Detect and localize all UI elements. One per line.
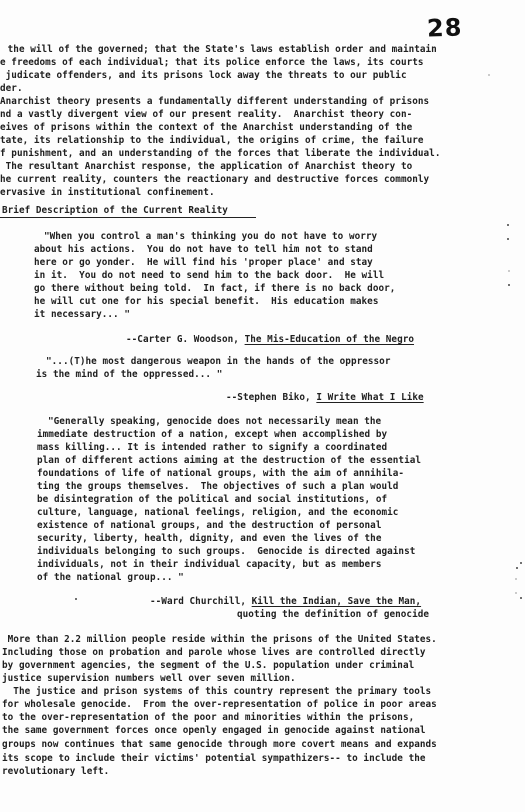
quote-line: foundations of life of national groups, … bbox=[37, 467, 404, 480]
attribution-title: Kill the Indian, Save the Man, bbox=[252, 596, 421, 607]
closing-line: by government agencies, the segment of t… bbox=[2, 659, 414, 672]
quote-attribution: --Carter G. Woodson, The Mis-Education o… bbox=[126, 333, 414, 346]
intro-line: e freedoms of each individual; that its … bbox=[0, 56, 424, 69]
scan-speck bbox=[520, 562, 522, 564]
quote-line: "When you control a man's thinking you d… bbox=[44, 230, 377, 243]
attribution-author: --Stephen Biko, bbox=[226, 392, 316, 403]
intro-line: der. bbox=[0, 82, 23, 95]
scan-speck bbox=[515, 592, 517, 594]
intro-line: he current reality, counters the reactio… bbox=[0, 173, 429, 186]
scan-speck bbox=[515, 578, 517, 580]
closing-line: revolutionary left. bbox=[2, 765, 109, 778]
intro-line: Anarchist theory presents a fundamentall… bbox=[0, 95, 429, 108]
quote-line: in it. You do not need to send him to th… bbox=[34, 269, 384, 282]
section-heading: Brief Description of the Current Reality bbox=[2, 204, 228, 217]
attribution-note: quoting the definition of genocide bbox=[237, 608, 429, 621]
closing-line: The justice and prison systems of this c… bbox=[2, 685, 431, 698]
intro-line: f punishment, and an understanding of th… bbox=[0, 147, 440, 160]
intro-line: tate, its relationship to the individual… bbox=[0, 134, 424, 147]
quote-line: individuals belonging to such groups. Ge… bbox=[37, 545, 415, 558]
scan-speck bbox=[507, 224, 509, 226]
intro-line: ervasive in institutional confinement. bbox=[0, 186, 215, 199]
document-page: 28 the will of the governed; that the St… bbox=[0, 0, 525, 812]
attribution-author: --Carter G. Woodson, bbox=[126, 334, 245, 345]
quote-line: individuals, not in their individual cap… bbox=[37, 558, 381, 571]
scan-speck bbox=[75, 598, 77, 600]
quote-line: is the mind of the oppressed... " bbox=[36, 368, 222, 381]
quote-line: mass killing... It is intended rather to… bbox=[37, 441, 387, 454]
heading-underline bbox=[0, 217, 256, 218]
attribution-author: --Ward Churchill, bbox=[150, 596, 252, 607]
intro-line: judicate offenders, and its prisons lock… bbox=[0, 69, 407, 82]
closing-line: justice supervision numbers well over se… bbox=[2, 672, 296, 685]
quote-line: he will cut one for his special benefit.… bbox=[34, 295, 378, 308]
quote-line: go there without being told. In fact, if… bbox=[34, 282, 395, 295]
intro-line: the will of the governed; that the State… bbox=[2, 43, 437, 56]
quote-line: immediate destruction of a nation, excep… bbox=[37, 428, 387, 441]
quote-line: "...(T)he most dangerous weapon in the h… bbox=[46, 355, 390, 368]
scan-speck bbox=[508, 284, 510, 286]
quote-line: security, liberty, health, dignity, and … bbox=[37, 532, 381, 545]
quote-line: culture, language, national feelings, re… bbox=[37, 506, 398, 519]
closing-line: the same government forces once openly e… bbox=[2, 724, 426, 737]
quote-line: be disintegration of the political and s… bbox=[37, 493, 387, 506]
closing-line: Including those on probation and parole … bbox=[2, 646, 426, 659]
intro-line: The resultant Anarchist response, the ap… bbox=[0, 160, 412, 173]
scan-speck bbox=[507, 238, 509, 240]
quote-attribution: --Ward Churchill, Kill the Indian, Save … bbox=[150, 595, 421, 608]
scan-speck bbox=[516, 567, 518, 569]
closing-line: to the over-representation of the poor a… bbox=[2, 711, 414, 724]
scan-speck bbox=[508, 270, 510, 272]
quote-attribution: --Stephen Biko, I Write What I Like bbox=[226, 391, 424, 404]
closing-line: More than 2.2 million people reside with… bbox=[2, 633, 437, 646]
quote-line: it necessary... " bbox=[34, 308, 130, 321]
quote-line: plan of different actions aiming at the … bbox=[37, 454, 421, 467]
quote-line: ting the groups themselves. The objectiv… bbox=[37, 480, 398, 493]
closing-line: its scope to include their victims' pote… bbox=[2, 752, 426, 765]
closing-line: groups now continues that same genocide … bbox=[2, 738, 437, 751]
scan-speck bbox=[488, 74, 490, 76]
attribution-title: I Write What I Like bbox=[316, 392, 423, 403]
attribution-title: The Mis-Education of the Negro bbox=[245, 334, 414, 345]
intro-line: nd a vastly divergent view of our presen… bbox=[0, 108, 412, 121]
intro-line: eives of prisons within the context of t… bbox=[0, 121, 412, 134]
quote-line: "Generally speaking, genocide does not n… bbox=[48, 415, 381, 428]
closing-line: for wholesale genocide. From the over-re… bbox=[2, 698, 437, 711]
quote-line: of the national group... " bbox=[37, 571, 184, 584]
scan-speck bbox=[520, 597, 522, 599]
quote-line: here or go yonder. He will find his 'pro… bbox=[34, 256, 373, 269]
quote-line: about his actions. You do not have to te… bbox=[34, 243, 373, 256]
page-number: 28 bbox=[427, 13, 463, 42]
quote-line: existence of national groups, and the de… bbox=[37, 519, 381, 532]
